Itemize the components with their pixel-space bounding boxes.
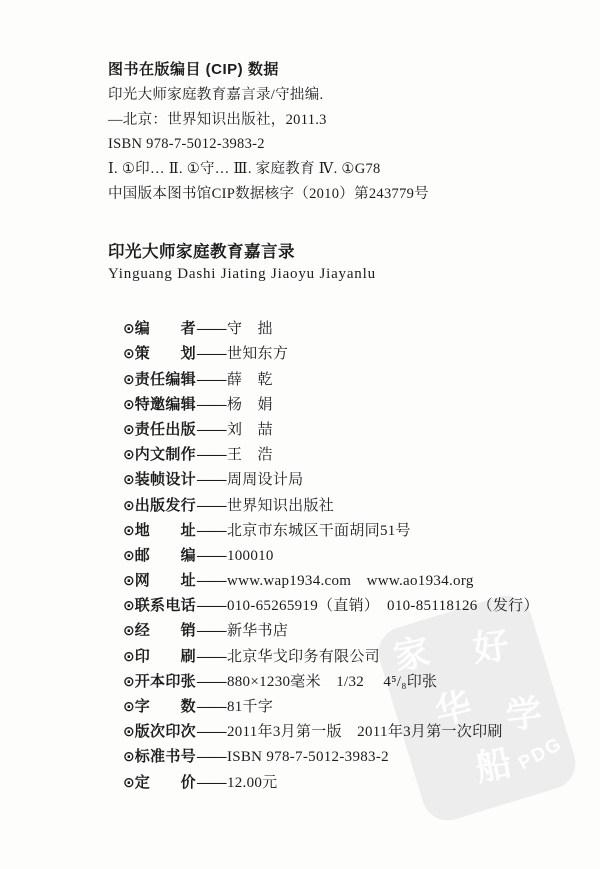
- colophon-row-label: 编 者: [135, 320, 196, 337]
- colophon-row-label: 出版发行: [135, 497, 196, 514]
- bullet-dot-icon: ⊙: [123, 421, 135, 437]
- colophon-row-dash: ——: [197, 674, 226, 690]
- cip-line: ISBN 978-7-5012-3983-2: [108, 132, 548, 157]
- bullet-dot-icon: ⊙: [123, 522, 135, 538]
- colophon-row-dash: ——: [197, 649, 226, 665]
- colophon-row-label: 地 址: [135, 522, 196, 539]
- colophon-row-value: 81千字: [227, 699, 273, 715]
- colophon-row-label: 责任编辑: [135, 371, 196, 388]
- colophon-row-dash: ——: [197, 498, 226, 514]
- colophon-row-label: 邮 编: [135, 547, 196, 564]
- colophon-row-label: 特邀编辑: [135, 396, 196, 413]
- colophon-row-label: 内文制作: [135, 446, 196, 463]
- bullet-dot-icon: ⊙: [123, 572, 135, 588]
- colophon-row-dash: ——: [197, 699, 226, 715]
- colophon-row-dash: ——: [197, 321, 226, 337]
- bullet-dot-icon: ⊙: [123, 446, 135, 462]
- colophon-row-dash: ——: [197, 623, 226, 639]
- colophon-row-dash: ——: [197, 397, 226, 413]
- bullet-dot-icon: ⊙: [123, 345, 135, 361]
- colophon-row-dash: ——: [197, 573, 226, 589]
- colophon-row-value: 王 浩: [227, 447, 273, 463]
- colophon-row-dash: ——: [197, 372, 226, 388]
- cip-line: 印光大师家庭教育嘉言录/守拙编.: [108, 83, 548, 108]
- bullet-dot-icon: ⊙: [123, 723, 135, 739]
- colophon-row-label: 字 数: [135, 698, 196, 715]
- colophon-row-dash: ——: [197, 472, 226, 488]
- colophon-row-label: 印 刷: [135, 648, 196, 665]
- bullet-dot-icon: ⊙: [123, 471, 135, 487]
- colophon-row-dash: ——: [197, 447, 226, 463]
- cip-line: 中国版本图书馆CIP数据核字（2010）第243779号: [108, 182, 548, 207]
- colophon-row-dash: ——: [197, 346, 226, 362]
- colophon-row-value: 880×1230毫米 1/32 4⁵/₈印张: [227, 674, 437, 690]
- colophon-list: ⊙编 者——守 拙 ⊙策 划——世知东方 ⊙责任编辑——薛 乾 ⊙特邀编辑——杨…: [108, 291, 568, 770]
- colophon-row-dash: ——: [197, 422, 226, 438]
- colophon-row-value: 薛 乾: [227, 372, 273, 388]
- colophon-row-value: 100010: [227, 548, 274, 564]
- bullet-dot-icon: ⊙: [123, 597, 135, 613]
- colophon-row-value: ISBN 978-7-5012-3983-2: [227, 749, 389, 765]
- colophon-row-value: 世知东方: [227, 346, 288, 362]
- colophon-row-value: 北京市东城区干面胡同51号: [227, 523, 411, 539]
- colophon-row-dash: ——: [197, 724, 226, 740]
- cip-heading: 图书在版编目 (CIP) 数据: [108, 58, 548, 83]
- bullet-dot-icon: ⊙: [123, 547, 135, 563]
- bullet-dot-icon: ⊙: [123, 320, 135, 336]
- colophon-row-value: 周周设计局: [227, 472, 304, 488]
- colophon-row-label: 开本印张: [135, 673, 196, 690]
- cip-lines: 印光大师家庭教育嘉言录/守拙编.—北京：世界知识出版社，2011.3ISBN 9…: [108, 83, 548, 207]
- colophon-row-value: www.wap1934.com www.ao1934.org: [227, 573, 474, 589]
- cip-line: —北京：世界知识出版社，2011.3: [108, 108, 548, 133]
- cip-block: 图书在版编目 (CIP) 数据 印光大师家庭教育嘉言录/守拙编.—北京：世界知识…: [108, 58, 548, 207]
- bullet-dot-icon: ⊙: [123, 748, 135, 764]
- colophon-row-label: 版次印次: [135, 723, 196, 740]
- bullet-dot-icon: ⊙: [123, 497, 135, 513]
- cip-line: Ⅰ. ①印… Ⅱ. ①守… Ⅲ. 家庭教育 Ⅳ. ①G78: [108, 157, 548, 182]
- book-colophon-page: 家好华学船PDG 图书在版编目 (CIP) 数据 印光大师家庭教育嘉言录/守拙编…: [0, 0, 600, 869]
- colophon-row-dash: ——: [197, 749, 226, 765]
- colophon-row-label: 网 址: [135, 572, 196, 589]
- colophon-row-label: 联系电话: [135, 597, 196, 614]
- colophon-row-label: 经 销: [135, 622, 196, 639]
- colophon-row-dash: ——: [197, 523, 226, 539]
- colophon-row-label: 标准书号: [135, 748, 196, 765]
- bullet-dot-icon: ⊙: [123, 622, 135, 638]
- bullet-dot-icon: ⊙: [123, 396, 135, 412]
- colophon-row-label: 装帧设计: [135, 471, 196, 488]
- colophon-row-label: 定 价: [135, 774, 196, 791]
- colophon-row-value: 北京华戈印务有限公司: [227, 649, 380, 665]
- colophon-row-dash: ——: [197, 548, 226, 564]
- colophon-row: ⊙编 者——守 拙: [108, 291, 568, 316]
- colophon-row-value: 12.00元: [227, 775, 278, 791]
- colophon-row-dash: ——: [197, 598, 226, 614]
- bullet-dot-icon: ⊙: [123, 371, 135, 387]
- colophon-row-value: 守 拙: [227, 321, 273, 337]
- book-title-pinyin: Yinguang Dashi Jiating Jiaoyu Jiayanlu: [108, 266, 376, 283]
- colophon-row-label: 责任出版: [135, 421, 196, 438]
- colophon-row-dash: ——: [197, 775, 226, 791]
- bullet-dot-icon: ⊙: [123, 774, 135, 790]
- bullet-dot-icon: ⊙: [123, 673, 135, 689]
- colophon-row-value: 2011年3月第一版 2011年3月第一次印刷: [227, 724, 503, 740]
- colophon-row-value: 世界知识出版社: [227, 498, 334, 514]
- colophon-row-label: 策 划: [135, 345, 196, 362]
- colophon-row-value: 新华书店: [227, 623, 288, 639]
- colophon-row-value: 刘 喆: [227, 422, 273, 438]
- colophon-row-value: 杨 娟: [227, 397, 273, 413]
- bullet-dot-icon: ⊙: [123, 648, 135, 664]
- bullet-dot-icon: ⊙: [123, 698, 135, 714]
- colophon-row-value: 010-65265919（直销） 010-85118126（发行）: [227, 598, 539, 614]
- book-title: 印光大师家庭教育嘉言录: [108, 238, 295, 262]
